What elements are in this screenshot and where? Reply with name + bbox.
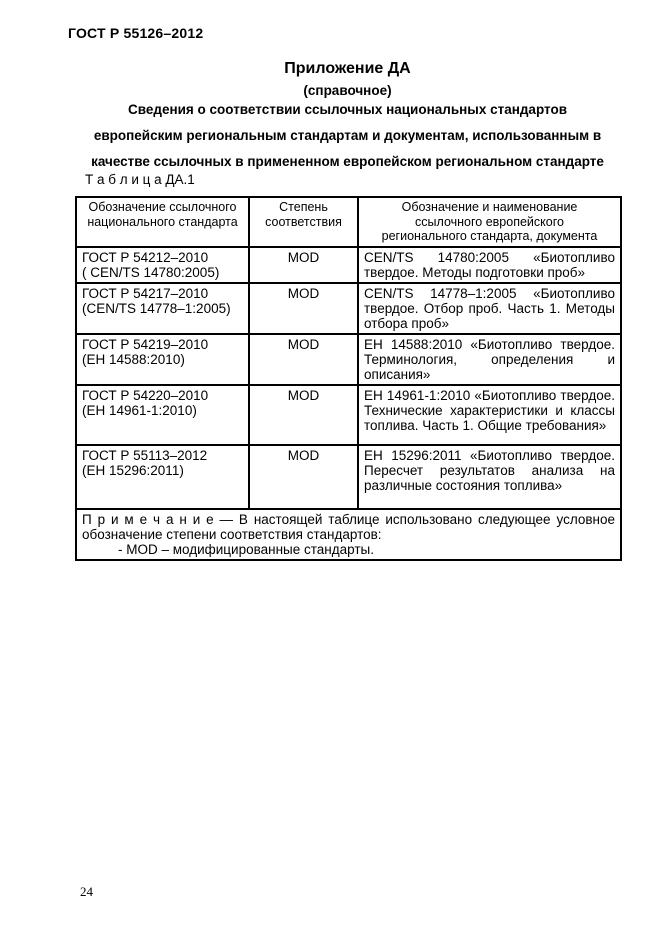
column-header-national-standard: Обозначение ссылочного национального ста…: [76, 197, 249, 247]
note-text: П р и м е ч а н и е — В настоящей таблиц…: [82, 512, 615, 542]
european-standard-cell: CEN/TS 14780:2005 «Биотопливо твердое. М…: [358, 247, 621, 283]
column-header-european-standard: Обозначение и наименование ссылочного ев…: [358, 197, 621, 247]
degree-cell: MOD: [249, 385, 358, 445]
degree-cell: MOD: [249, 247, 358, 283]
appendix-title: Приложение ДА: [75, 60, 620, 78]
european-standard-cell: ЕН 14588:2010 «Биотопливо твердое. Терми…: [358, 334, 621, 385]
degree-cell: MOD: [249, 334, 358, 385]
table-row: ГОСТ Р 54219–2010 (ЕН 14588:2010) MOD ЕН…: [76, 334, 621, 385]
page-number: 24: [80, 884, 93, 900]
table-row: ГОСТ Р 55113–2012 (ЕН 15296:2011) MOD ЕН…: [76, 445, 621, 509]
table-row: ГОСТ Р 54217–2010 (CEN/TS 14778–1:2005) …: [76, 283, 621, 334]
degree-cell: MOD: [249, 283, 358, 334]
description-line-2: европейским региональным стандартам и до…: [75, 123, 620, 149]
appendix-description: Сведения о соответствии ссылочных национ…: [75, 97, 620, 175]
description-line-1: Сведения о соответствии ссылочных национ…: [75, 97, 620, 123]
national-standard-cell: ГОСТ Р 54220–2010 (ЕН 14961-1:2010): [76, 385, 249, 445]
european-standard-cell: ЕН 15296:2011 «Биотопливо твердое. Перес…: [358, 445, 621, 509]
national-standard-cell: ГОСТ Р 54212–2010 ( CEN/TS 14780:2005): [76, 247, 249, 283]
appendix-subtitle: (справочное): [75, 83, 620, 98]
national-standard-cell: ГОСТ Р 54219–2010 (ЕН 14588:2010): [76, 334, 249, 385]
european-standard-cell: ЕН 14961-1:2010 «Биотопливо твердое. Тех…: [358, 385, 621, 445]
note-cell: П р и м е ч а н и е — В настоящей таблиц…: [76, 509, 621, 560]
table-header-row: Обозначение ссылочного национального ста…: [76, 197, 621, 247]
document-page: { "page": { "doc_number": "ГОСТ Р 55126–…: [0, 0, 661, 936]
table-row: ГОСТ Р 54220–2010 (ЕН 14961-1:2010) MOD …: [76, 385, 621, 445]
standards-correspondence-table: Обозначение ссылочного национального ста…: [75, 196, 622, 561]
note-mod-definition: - MOD – модифицированные стандарты.: [82, 542, 615, 557]
national-standard-cell: ГОСТ Р 54217–2010 (CEN/TS 14778–1:2005): [76, 283, 249, 334]
document-number: ГОСТ Р 55126–2012: [68, 25, 203, 41]
table-row: ГОСТ Р 54212–2010 ( CEN/TS 14780:2005) M…: [76, 247, 621, 283]
national-standard-cell: ГОСТ Р 55113–2012 (ЕН 15296:2011): [76, 445, 249, 509]
european-standard-cell: CEN/TS 14778–1:2005 «Биотопливо твердое.…: [358, 283, 621, 334]
table-note-row: П р и м е ч а н и е — В настоящей таблиц…: [76, 509, 621, 560]
column-header-degree: Степень соответствия: [249, 197, 358, 247]
degree-cell: MOD: [249, 445, 358, 509]
table-label: Т а б л и ц а ДА.1: [85, 172, 195, 187]
